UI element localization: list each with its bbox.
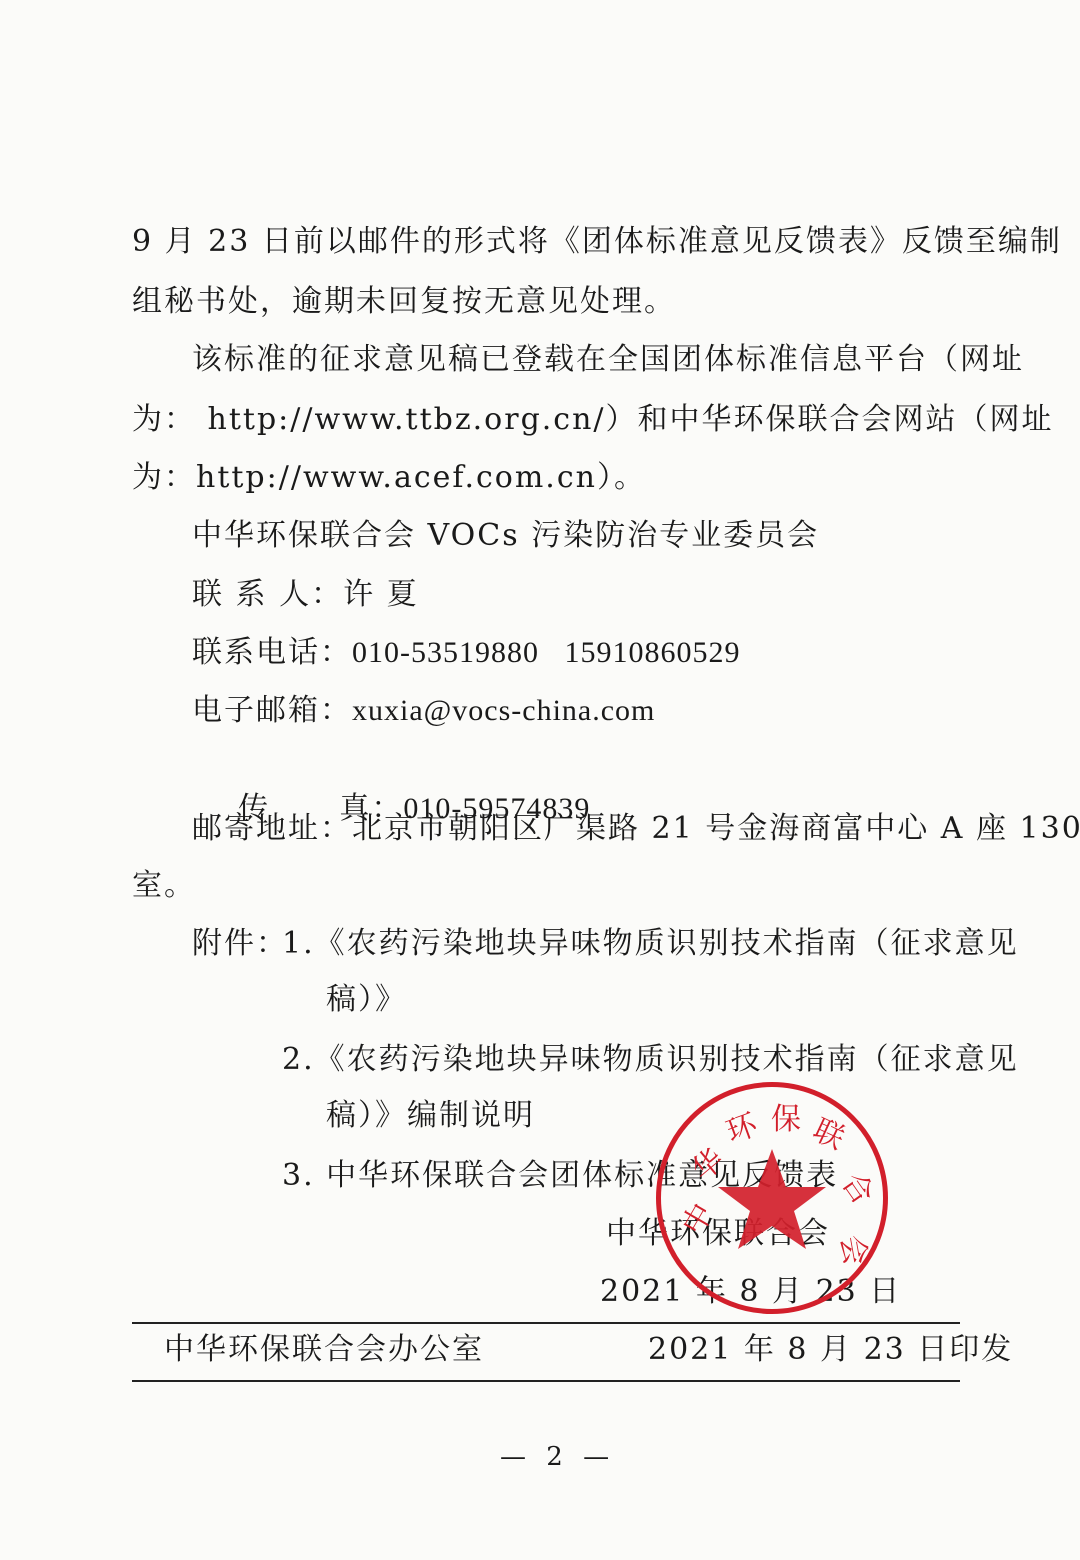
- svg-text:合: 合: [834, 1167, 880, 1212]
- page-number: — 2 —: [500, 1442, 615, 1472]
- contact-person: 许 夏: [343, 577, 419, 612]
- para2-line2: 为： http://www.ttbz.org.cn/）和中华环保联合会网站（网址: [132, 400, 1054, 440]
- contact-organization: 中华环保联合会 VOCs 污染防治专业委员会: [192, 516, 819, 556]
- para2-line3: 为：http://www.acef.com.cn）。: [132, 458, 646, 498]
- footer-bottom-rule: [132, 1380, 960, 1382]
- contact-phone: 010-53519880 15910860529: [352, 636, 741, 669]
- contact-address-line2: 室。: [132, 866, 196, 906]
- svg-text:环: 环: [722, 1107, 763, 1150]
- attachment-3-line1: 3. 中华环保联合会团体标准意见反馈表: [282, 1156, 838, 1196]
- svg-text:会: 会: [833, 1232, 873, 1268]
- signature-organization: 中华环保联合会: [606, 1214, 830, 1254]
- contact-phone-row: 联系电话：010-53519880 15910860529: [192, 633, 741, 673]
- contact-address: 北京市朝阳区广渠路 21 号金海商富中心 A 座 1309: [352, 811, 1080, 846]
- signature-date: 2021 年 8 月 23 日: [600, 1272, 901, 1312]
- contact-address-label: 邮寄地址：: [192, 811, 352, 846]
- svg-text:联: 联: [808, 1113, 850, 1157]
- contact-email: xuxia@vocs-china.com: [352, 694, 655, 727]
- attachment-2-line1: 2.《农药污染地块异味物质识别技术指南（征求意见: [282, 1040, 1019, 1080]
- svg-text:保: 保: [771, 1102, 801, 1137]
- footer-issue-date: 2021 年 8 月 23 日印发: [648, 1330, 1013, 1370]
- contact-email-label: 电子邮箱：: [192, 693, 352, 728]
- para2-line1: 该标准的征求意见稿已登载在全国团体标准信息平台（网址: [192, 340, 1024, 380]
- footer-top-rule: [132, 1322, 960, 1324]
- footer-issuer: 中华环保联合会办公室: [164, 1330, 484, 1370]
- contact-person-label: 联 系 人：: [192, 577, 343, 612]
- contact-address-row: 邮寄地址：北京市朝阳区广渠路 21 号金海商富中心 A 座 1309: [192, 809, 1080, 849]
- attachment-2-line2: 稿）》编制说明: [326, 1096, 535, 1136]
- contact-email-row: 电子邮箱：xuxia@vocs-china.com: [192, 691, 655, 731]
- attachment-1-line2: 稿）》: [326, 980, 407, 1020]
- attachments-label: 附件：: [192, 924, 288, 964]
- attachment-1-line1: 1.《农药污染地块异味物质识别技术指南（征求意见: [282, 924, 1019, 964]
- para1-line2: 组秘书处，逾期未回复按无意见处理。: [132, 282, 676, 322]
- para1-line1: 9 月 23 日前以邮件的形式将《团体标准意见反馈表》反馈至编制: [132, 222, 1062, 262]
- contact-person-row: 联 系 人：许 夏: [192, 575, 419, 615]
- contact-phone-label: 联系电话：: [192, 635, 352, 670]
